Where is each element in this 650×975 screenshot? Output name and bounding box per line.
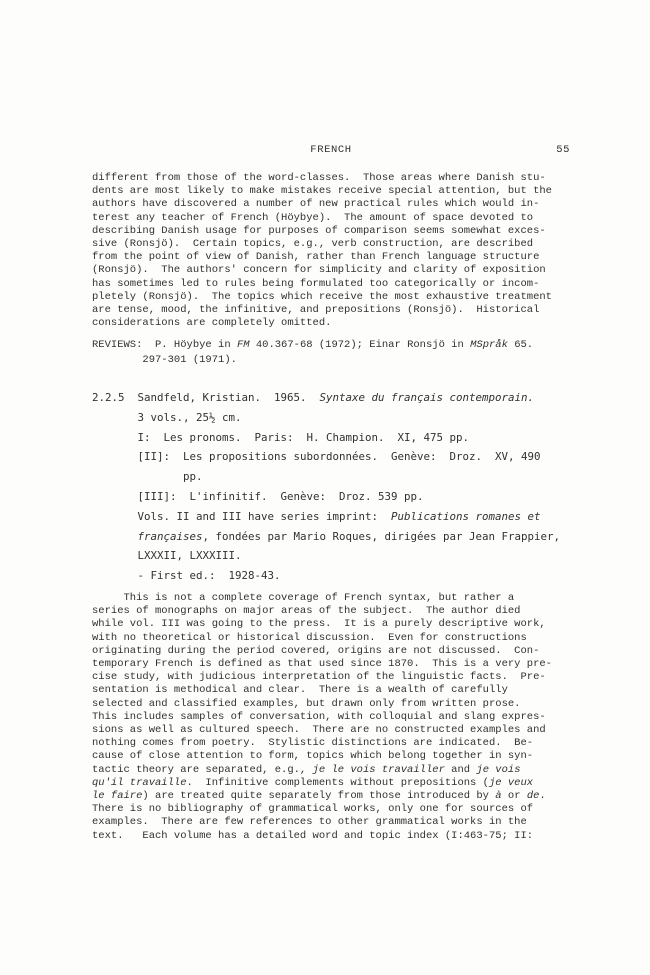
text-segment: ) are treated quite separately from thos… bbox=[142, 790, 495, 802]
text-line: while vol. III was going to the press. I… bbox=[92, 618, 552, 631]
text-segment: describing Danish usage for purposes of … bbox=[92, 225, 546, 237]
text-segment: This includes samples of conversation, w… bbox=[92, 711, 546, 723]
text-line: are tense, mood, the infinitive, and pre… bbox=[92, 304, 552, 317]
text-line: cise study, with judicious interpretatio… bbox=[92, 671, 552, 684]
text-line: pp. bbox=[92, 467, 560, 487]
text-line: qu'il travaille. Infinitive complements … bbox=[92, 777, 552, 790]
text-segment: 40.367-68 (1972); Einar Ronsjö in bbox=[250, 339, 471, 351]
text-segment: 2.2.5 Sandfeld, Kristian. 1965. bbox=[92, 391, 320, 404]
text-line: has sometimes led to rules being formula… bbox=[92, 278, 552, 291]
text-line: terest any teacher of French (Höybye). T… bbox=[92, 212, 552, 225]
text-segment: sions as well as cultured speech. There … bbox=[92, 724, 546, 736]
text-line: le faire) are treated quite separately f… bbox=[92, 790, 552, 803]
text-line: with no theoretical or historical discus… bbox=[92, 632, 552, 645]
text-segment: pp. bbox=[92, 470, 203, 483]
text-segment: and bbox=[445, 764, 477, 776]
text-line: temporary French is defined as that used… bbox=[92, 658, 552, 671]
text-segment: dents are most likely to make mistakes r… bbox=[92, 185, 552, 197]
italic-text-segment: Syntaxe du français contemporain. bbox=[320, 391, 535, 404]
text-line: (Ronsjö). The authors' concern for simpl… bbox=[92, 264, 552, 277]
text-segment bbox=[92, 530, 138, 543]
text-line: authors have discovered a number of new … bbox=[92, 198, 552, 211]
text-line: There is no bibliography of grammatical … bbox=[92, 803, 552, 816]
text-line: sentation is methodical and clear. There… bbox=[92, 684, 552, 697]
text-segment: [III]: L'infinitif. Genève: Droz. 539 pp… bbox=[92, 490, 424, 503]
running-header: FRENCH 55 bbox=[92, 144, 570, 158]
text-segment: considerations are completely omitted. bbox=[92, 317, 331, 329]
text-line: This includes samples of conversation, w… bbox=[92, 711, 552, 724]
text-segment: originating during the period covered, o… bbox=[92, 645, 539, 657]
text-line: 297-301 (1971). bbox=[92, 353, 533, 368]
text-segment: 3 vols., 25½ cm. bbox=[92, 411, 242, 424]
text-line: from the point of view of Danish, rather… bbox=[92, 251, 552, 264]
text-segment: tactic theory are separated, e.g., bbox=[92, 764, 313, 776]
text-line: pletely (Ronsjö). The topics which recei… bbox=[92, 291, 552, 304]
italic-text-segment: MSpråk bbox=[470, 339, 508, 351]
document-page: FRENCH 55 different from those of the wo… bbox=[0, 0, 650, 975]
text-segment: - First ed.: 1928-43. bbox=[92, 569, 281, 582]
text-line: sive (Ronsjö). Certain topics, e.g., ver… bbox=[92, 238, 552, 251]
italic-text-segment: françaises bbox=[138, 530, 203, 543]
text-segment: sive (Ronsjö). Certain topics, e.g., ver… bbox=[92, 238, 533, 250]
text-segment: or bbox=[502, 790, 527, 802]
italic-text-segment: FM bbox=[237, 339, 250, 351]
text-segment: 65. bbox=[508, 339, 533, 351]
text-segment: . bbox=[539, 790, 545, 802]
header-title: FRENCH bbox=[310, 144, 351, 156]
text-segment: from the point of view of Danish, rather… bbox=[92, 251, 539, 263]
text-segment: series of monographs on major areas of t… bbox=[92, 605, 520, 617]
text-line: [II]: Les propositions subordonnées. Gen… bbox=[92, 447, 560, 467]
text-segment: (Ronsjö). The authors' concern for simpl… bbox=[92, 264, 546, 276]
text-segment: sentation is methodical and clear. There… bbox=[92, 684, 508, 696]
text-line: examples. There are few references to ot… bbox=[92, 816, 552, 829]
text-segment: nothing comes from poetry. Stylistic dis… bbox=[92, 737, 533, 749]
text-line: françaises, fondées par Mario Roques, di… bbox=[92, 527, 560, 547]
italic-text-segment: je le vois travailler bbox=[313, 764, 445, 776]
text-line: 3 vols., 25½ cm. bbox=[92, 408, 560, 428]
text-line: Vols. II and III have series imprint: Pu… bbox=[92, 507, 560, 527]
text-line: dents are most likely to make mistakes r… bbox=[92, 185, 552, 198]
italic-text-segment: de bbox=[527, 790, 540, 802]
text-line: describing Danish usage for purposes of … bbox=[92, 225, 552, 238]
reviews-section: REVIEWS: P. Höybye in FM 40.367-68 (1972… bbox=[92, 338, 533, 367]
text-line: I: Les pronoms. Paris: H. Champion. XI, … bbox=[92, 428, 560, 448]
italic-text-segment: Publications romanes et bbox=[391, 510, 541, 523]
text-line: sions as well as cultured speech. There … bbox=[92, 724, 552, 737]
text-line: [III]: L'infinitif. Genève: Droz. 539 pp… bbox=[92, 487, 560, 507]
page-number: 55 bbox=[556, 144, 570, 156]
text-segment: examples. There are few references to ot… bbox=[92, 816, 527, 828]
text-segment: are tense, mood, the infinitive, and pre… bbox=[92, 304, 539, 316]
text-segment: terest any teacher of French (Höybye). T… bbox=[92, 212, 533, 224]
italic-text-segment: je vois bbox=[476, 764, 520, 776]
text-line: REVIEWS: P. Höybye in FM 40.367-68 (1972… bbox=[92, 338, 533, 353]
text-segment: different from those of the word-classes… bbox=[92, 172, 546, 184]
text-segment: This is not a complete coverage of Frenc… bbox=[92, 592, 514, 604]
text-line: nothing comes from poetry. Stylistic dis… bbox=[92, 737, 552, 750]
text-line: LXXXII, LXXXIII. bbox=[92, 546, 560, 566]
text-segment: Vols. II and III have series imprint: bbox=[92, 510, 391, 523]
text-line: originating during the period covered, o… bbox=[92, 645, 552, 658]
text-line: - First ed.: 1928-43. bbox=[92, 566, 560, 586]
bibliography-entry-2-2-5: 2.2.5 Sandfeld, Kristian. 1965. Syntaxe … bbox=[92, 388, 560, 586]
text-segment: with no theoretical or historical discus… bbox=[92, 632, 527, 644]
text-segment: , fondées par Mario Roques, dirigées par… bbox=[203, 530, 561, 543]
text-segment: There is no bibliography of grammatical … bbox=[92, 803, 533, 815]
text-segment: [II]: Les propositions subordonnées. Gen… bbox=[92, 450, 541, 463]
text-segment: pletely (Ronsjö). The topics which recei… bbox=[92, 291, 552, 303]
text-segment: text. Each volume has a detailed word an… bbox=[92, 830, 533, 842]
text-line: considerations are completely omitted. bbox=[92, 317, 552, 330]
text-segment: cause of close attention to form, topics… bbox=[92, 750, 533, 762]
annotation-paragraph: This is not a complete coverage of Frenc… bbox=[92, 592, 552, 843]
text-line: series of monographs on major areas of t… bbox=[92, 605, 552, 618]
italic-text-segment: qu'il travaille bbox=[92, 777, 187, 789]
text-line: 2.2.5 Sandfeld, Kristian. 1965. Syntaxe … bbox=[92, 388, 560, 408]
text-line: This is not a complete coverage of Frenc… bbox=[92, 592, 552, 605]
text-line: tactic theory are separated, e.g., je le… bbox=[92, 764, 552, 777]
italic-text-segment: je veux bbox=[489, 777, 533, 789]
text-line: cause of close attention to form, topics… bbox=[92, 750, 552, 763]
italic-text-segment: le faire bbox=[92, 790, 142, 802]
text-line: different from those of the word-classes… bbox=[92, 172, 552, 185]
text-line: text. Each volume has a detailed word an… bbox=[92, 830, 552, 843]
text-line: selected and classified examples, but dr… bbox=[92, 698, 552, 711]
text-segment: temporary French is defined as that used… bbox=[92, 658, 552, 670]
text-segment: I: Les pronoms. Paris: H. Champion. XI, … bbox=[92, 431, 469, 444]
text-segment: . Infinitive complements without preposi… bbox=[187, 777, 489, 789]
text-segment: while vol. III was going to the press. I… bbox=[92, 618, 546, 630]
paragraph-continuation: different from those of the word-classes… bbox=[92, 172, 552, 330]
text-segment: selected and classified examples, but dr… bbox=[92, 698, 520, 710]
text-segment: cise study, with judicious interpretatio… bbox=[92, 671, 546, 683]
text-segment: authors have discovered a number of new … bbox=[92, 198, 539, 210]
text-segment: LXXXII, LXXXIII. bbox=[92, 549, 242, 562]
text-segment: 297-301 (1971). bbox=[92, 354, 237, 366]
text-segment: has sometimes led to rules being formula… bbox=[92, 278, 539, 290]
text-segment: REVIEWS: P. Höybye in bbox=[92, 339, 237, 351]
